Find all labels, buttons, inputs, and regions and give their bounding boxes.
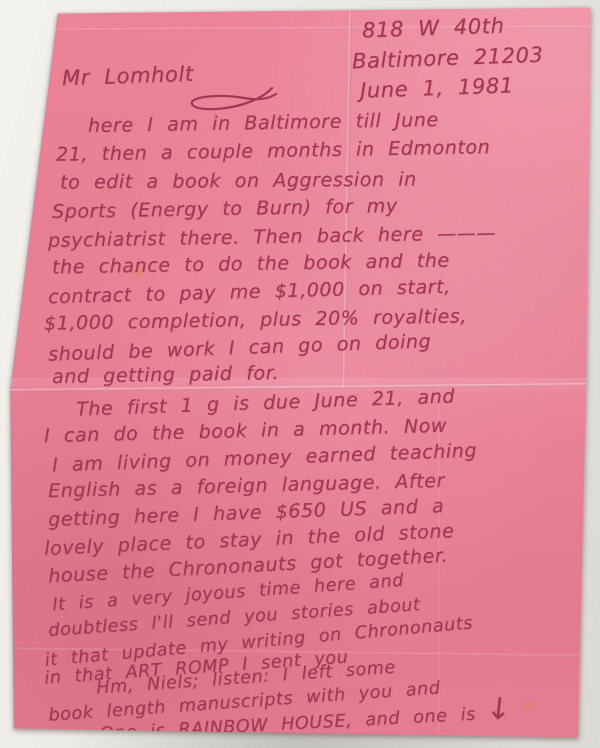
photo-background: 818 W 40th Baltimore 21203 June 1, 1981 … xyxy=(0,0,600,748)
down-arrow-glyph: ↓ xyxy=(484,691,513,728)
salutation-flourish xyxy=(182,84,278,114)
body-line: to edit a book on Aggression in xyxy=(60,168,417,193)
sender-city-line: Baltimore 21203 xyxy=(352,43,544,74)
body-line: psychiatrist there. Then back here ——— xyxy=(48,222,496,252)
paper-stain xyxy=(519,698,535,712)
body-line: and getting paid for. xyxy=(52,362,279,388)
body-line: contract to pay me $1,000 on start, xyxy=(48,276,451,309)
date-line: June 1, 1981 xyxy=(360,73,515,102)
letter-paper: 818 W 40th Baltimore 21203 June 1, 1981 … xyxy=(0,0,600,748)
body-line: here I am in Baltimore till June xyxy=(88,109,439,137)
body-line: should be work I can go on doing xyxy=(48,330,432,365)
fold-crease-top xyxy=(0,25,600,31)
body-line: the chance to do the book and the xyxy=(52,250,450,279)
sender-address-line: 818 W 40th xyxy=(362,14,505,43)
body-line: 21, then a couple months in Edmonton xyxy=(56,136,491,166)
salutation: Mr Lomholt xyxy=(62,62,194,91)
letter-paper-wrapper: 818 W 40th Baltimore 21203 June 1, 1981 … xyxy=(0,0,600,748)
